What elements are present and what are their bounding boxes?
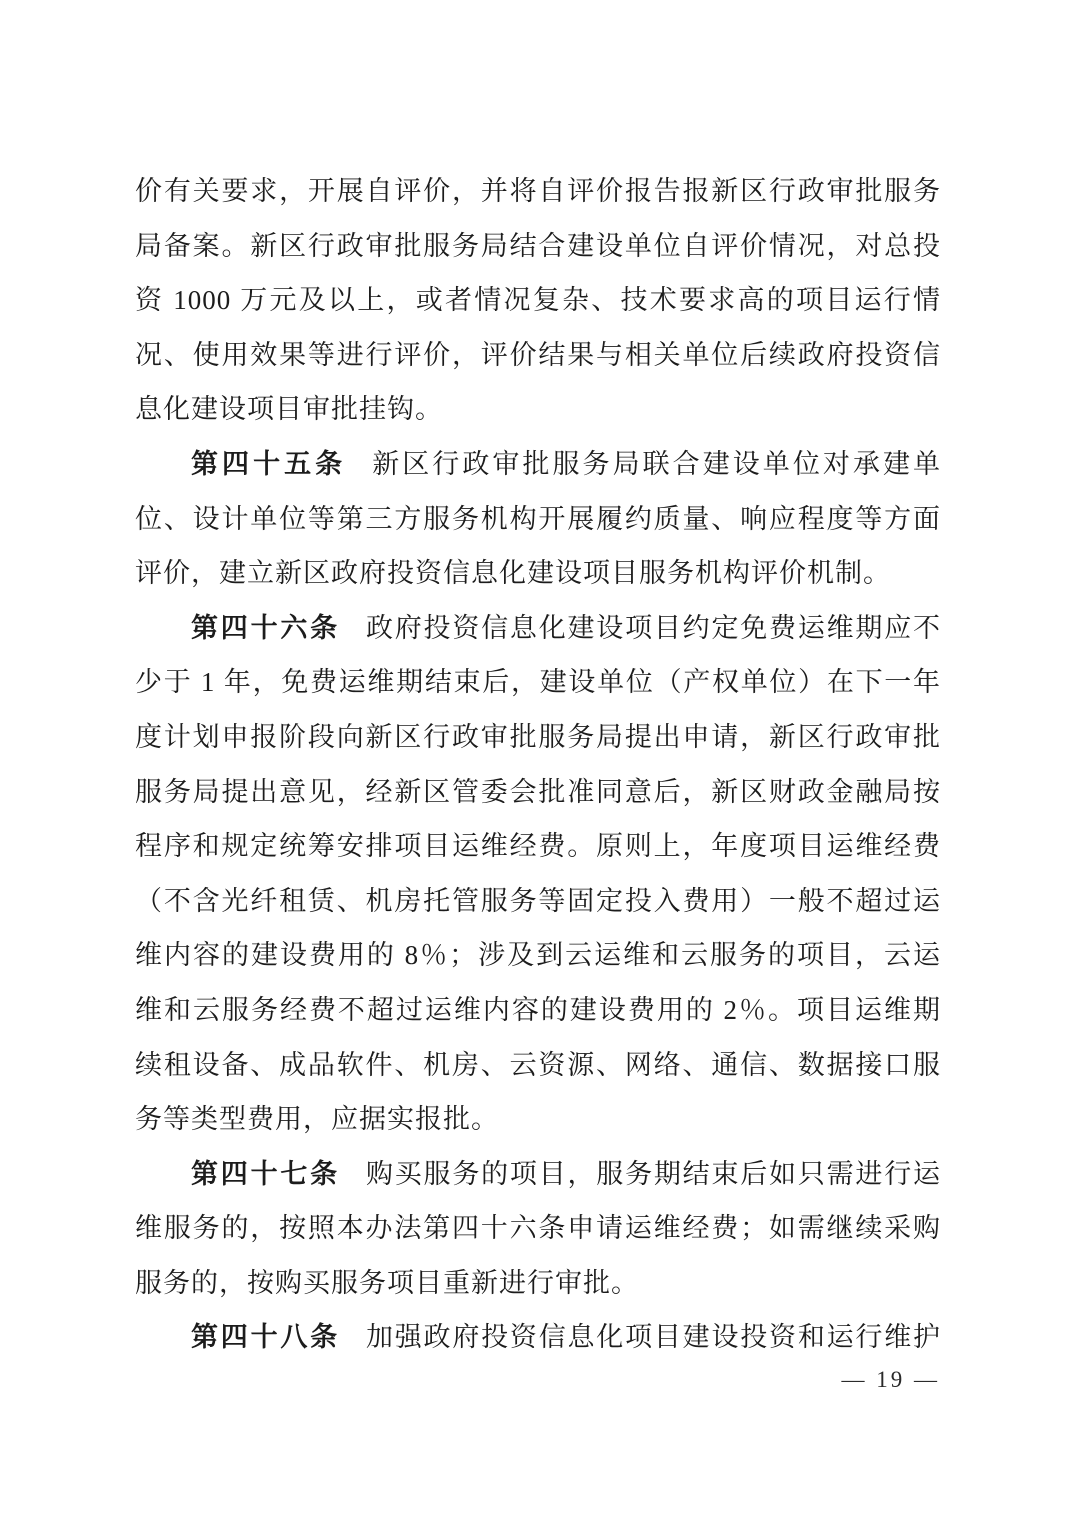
text-line: 况、使用效果等进行评价，评价结果与相关单位后续政府投资信: [135, 328, 941, 383]
text-line: 度计划申报阶段向新区行政审批服务局提出申请，新区行政审批: [135, 710, 941, 765]
line-text: 政府投资信息化建设项目约定免费运维期应不: [366, 613, 941, 643]
line-text: 维和云服务经费不超过运维内容的建设费用的 2％。项目运维期: [135, 995, 941, 1025]
text-line: 资 1000 万元及以上，或者情况复杂、技术要求高的项目运行情: [135, 273, 941, 328]
text-line: 评价，建立新区政府投资信息化建设项目服务机构评价机制。: [135, 546, 941, 601]
document-body: 价有关要求，开展自评价，并将自评价报告报新区行政审批服务局备案。新区行政审批服务…: [135, 164, 941, 1365]
text-line: 程序和规定统筹安排项目运维经费。原则上，年度项目运维经费: [135, 819, 941, 874]
article-number: 第四十七条: [191, 1159, 340, 1189]
page-number: — 19 —: [842, 1362, 941, 1398]
line-text: 维内容的建设费用的 8％；涉及到云运维和云服务的项目，云运: [135, 940, 941, 970]
line-text: 程序和规定统筹安排项目运维经费。原则上，年度项目运维经费: [135, 831, 941, 861]
text-line: 务等类型费用，应据实报批。: [135, 1092, 941, 1147]
line-text: 服务局提出意见，经新区管委会批准同意后，新区财政金融局按: [135, 777, 941, 807]
text-line: 局备案。新区行政审批服务局结合建设单位自评价情况，对总投: [135, 219, 941, 274]
document-page: 价有关要求，开展自评价，并将自评价报告报新区行政审批服务局备案。新区行政审批服务…: [0, 0, 1074, 1520]
text-line: 第四十五条新区行政审批服务局联合建设单位对承建单: [135, 437, 941, 492]
text-line: 位、设计单位等第三方服务机构开展履约质量、响应程度等方面: [135, 492, 941, 547]
line-text: 服务的，按购买服务项目重新进行审批。: [135, 1268, 639, 1298]
paragraph: 第四十五条新区行政审批服务局联合建设单位对承建单位、设计单位等第三方服务机构开展…: [135, 437, 941, 601]
article-number: 第四十五条: [191, 449, 346, 479]
text-line: 第四十六条政府投资信息化建设项目约定免费运维期应不: [135, 601, 941, 656]
line-text: 息化建设项目审批挂钩。: [135, 394, 443, 424]
text-line: 服务的，按购买服务项目重新进行审批。: [135, 1256, 941, 1311]
line-text: （不含光纤租赁、机房托管服务等固定投入费用）一般不超过运: [135, 886, 941, 916]
line-text: 评价，建立新区政府投资信息化建设项目服务机构评价机制。: [135, 558, 891, 588]
line-text: 加强政府投资信息化项目建设投资和运行维护: [366, 1322, 941, 1352]
text-line: 维服务的，按照本办法第四十六条申请运维经费；如需继续采购: [135, 1201, 941, 1256]
paragraph: 第四十六条政府投资信息化建设项目约定免费运维期应不少于 1 年，免费运维期结束后…: [135, 601, 941, 1147]
line-text: 务等类型费用，应据实报批。: [135, 1104, 499, 1134]
line-text: 购买服务的项目，服务期结束后如只需进行运: [366, 1159, 941, 1189]
text-line: 第四十八条加强政府投资信息化项目建设投资和运行维护: [135, 1310, 941, 1365]
text-line: 服务局提出意见，经新区管委会批准同意后，新区财政金融局按: [135, 765, 941, 820]
paragraph: 第四十八条加强政府投资信息化项目建设投资和运行维护: [135, 1310, 941, 1365]
article-number: 第四十六条: [191, 613, 340, 643]
paragraph: 价有关要求，开展自评价，并将自评价报告报新区行政审批服务局备案。新区行政审批服务…: [135, 164, 941, 437]
text-line: 少于 1 年，免费运维期结束后，建设单位（产权单位）在下一年: [135, 655, 941, 710]
line-text: 度计划申报阶段向新区行政审批服务局提出申请，新区行政审批: [135, 722, 941, 752]
line-text: 新区行政审批服务局联合建设单位对承建单: [372, 449, 941, 479]
line-text: 价有关要求，开展自评价，并将自评价报告报新区行政审批服务: [135, 176, 941, 206]
text-line: 第四十七条购买服务的项目，服务期结束后如只需进行运: [135, 1147, 941, 1202]
article-number: 第四十八条: [191, 1322, 340, 1352]
text-line: 维和云服务经费不超过运维内容的建设费用的 2％。项目运维期: [135, 983, 941, 1038]
text-line: 续租设备、成品软件、机房、云资源、网络、通信、数据接口服: [135, 1038, 941, 1093]
text-line: 价有关要求，开展自评价，并将自评价报告报新区行政审批服务: [135, 164, 941, 219]
line-text: 局备案。新区行政审批服务局结合建设单位自评价情况，对总投: [135, 231, 941, 261]
line-text: 少于 1 年，免费运维期结束后，建设单位（产权单位）在下一年: [135, 667, 941, 697]
paragraph: 第四十七条购买服务的项目，服务期结束后如只需进行运维服务的，按照本办法第四十六条…: [135, 1147, 941, 1311]
text-line: （不含光纤租赁、机房托管服务等固定投入费用）一般不超过运: [135, 874, 941, 929]
line-text: 况、使用效果等进行评价，评价结果与相关单位后续政府投资信: [135, 340, 941, 370]
text-line: 息化建设项目审批挂钩。: [135, 382, 941, 437]
line-text: 位、设计单位等第三方服务机构开展履约质量、响应程度等方面: [135, 504, 941, 534]
line-text: 资 1000 万元及以上，或者情况复杂、技术要求高的项目运行情: [135, 285, 941, 315]
line-text: 维服务的，按照本办法第四十六条申请运维经费；如需继续采购: [135, 1213, 941, 1243]
text-line: 维内容的建设费用的 8％；涉及到云运维和云服务的项目，云运: [135, 928, 941, 983]
line-text: 续租设备、成品软件、机房、云资源、网络、通信、数据接口服: [135, 1050, 941, 1080]
